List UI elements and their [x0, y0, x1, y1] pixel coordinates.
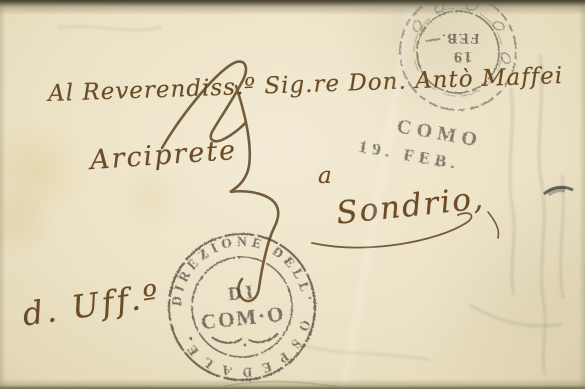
letter-scan: 19 FEB. COMO 19. FEB. DIREZIONE DELL' OS… [0, 0, 585, 389]
destination-underline-flourish [312, 213, 471, 247]
destination-tail-stroke [488, 212, 499, 238]
bottom-faint-stroke [225, 382, 338, 387]
ink-flourish-layer [0, 0, 585, 389]
manuscript-rate-flourish [162, 62, 278, 302]
ink-smudge [544, 187, 573, 194]
